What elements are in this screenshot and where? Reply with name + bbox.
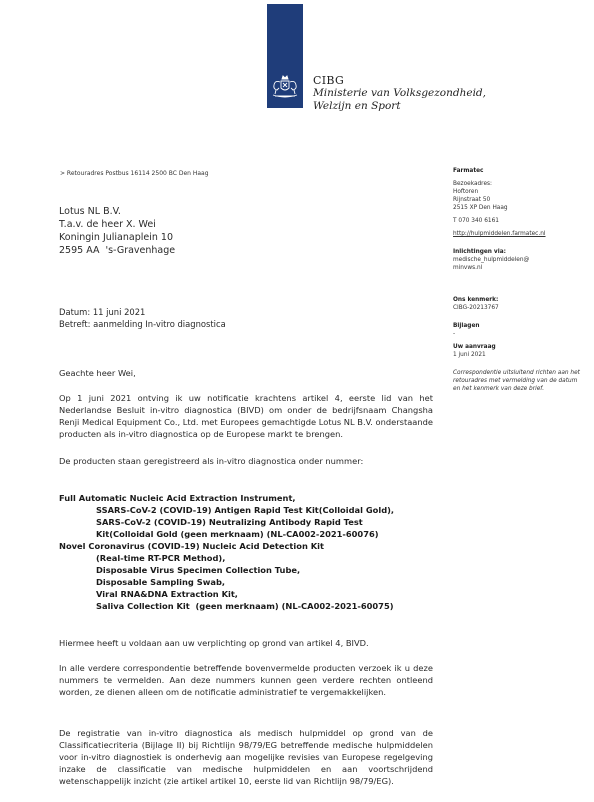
- reference-value: CIBG-20213767: [453, 304, 593, 312]
- request-label: Uw aanvraag: [453, 343, 593, 351]
- product-item: Full Automatic Nucleic Acid Extraction I…: [59, 492, 479, 504]
- product-item: SSARS-CoV-2 (COVID-19) Antigen Rapid Tes…: [59, 504, 479, 516]
- sender-sidebar: Farmatec Bezoekadres: Hoftoren Rijnstraa…: [453, 167, 593, 393]
- paragraph-classification: De registratie van in-vitro diagnostica …: [59, 727, 433, 787]
- info-label: Inlichtingen via:: [453, 248, 593, 256]
- paragraph-reference-numbers: In alle verdere correspondentie betreffe…: [59, 662, 433, 698]
- recipient-city: 2595 AA 's-Gravenhage: [59, 244, 175, 257]
- coat-of-arms-icon: [267, 74, 303, 104]
- visit-address-line: Rijnstraat 50: [453, 196, 593, 204]
- paragraph-registration-intro: De producten staan geregistreerd als in-…: [59, 455, 433, 467]
- salutation: Geachte heer Wei,: [59, 367, 433, 379]
- return-address: > Retouradres Postbus 16114 2500 BC Den …: [60, 170, 209, 177]
- request-value: 1 juni 2021: [453, 351, 593, 359]
- product-item: Saliva Collection Kit (geen merknaam) (N…: [59, 600, 479, 612]
- product-item: Viral RNA&DNA Extraction Kit,: [59, 588, 479, 600]
- attachments-label: Bijlagen: [453, 322, 593, 330]
- department-name: Farmatec: [453, 167, 593, 175]
- ministry-name-line-2: Welzijn en Sport: [313, 100, 486, 113]
- letter-subject: Betreft: aanmelding In-vitro diagnostica: [59, 318, 226, 330]
- ministry-logo-bar: [267, 4, 303, 108]
- website-link[interactable]: http://hulpmiddelen.farmatec.nl: [453, 231, 546, 237]
- recipient-company: Lotus NL B.V.: [59, 205, 175, 218]
- ministry-name-block: CIBG Ministerie van Volksgezondheid, Wel…: [313, 74, 486, 113]
- product-list: Full Automatic Nucleic Acid Extraction I…: [59, 492, 479, 612]
- recipient-street: Koningin Julianaplein 10: [59, 231, 175, 244]
- product-item: SARS-CoV-2 (COVID-19) Neutralizing Antib…: [59, 516, 479, 528]
- ministry-name-line-1: Ministerie van Volksgezondheid,: [313, 87, 486, 100]
- product-item: Disposable Sampling Swab,: [59, 576, 479, 588]
- product-item: Kit(Colloidal Gold (geen merknaam) (NL-C…: [59, 528, 479, 540]
- product-item: Disposable Virus Specimen Collection Tub…: [59, 564, 479, 576]
- attachments-value: -: [453, 330, 593, 338]
- visit-address-label: Bezoekadres:: [453, 180, 593, 188]
- visit-address-line: Hoftoren: [453, 188, 593, 196]
- letter-date: Datum: 11 juni 2021: [59, 306, 226, 318]
- product-item: (Real-time RT-PCR Method),: [59, 552, 479, 564]
- visit-address-line: 2515 XP Den Haag: [453, 204, 593, 212]
- letter-meta: Datum: 11 juni 2021 Betreft: aanmelding …: [59, 306, 226, 330]
- correspondence-note: Correspondentie uitsluitend richten aan …: [453, 369, 583, 393]
- info-email: medische_hulpmiddelen@: [453, 256, 593, 264]
- paragraph-notification: Op 1 juni 2021 ontving ik uw notificatie…: [59, 392, 433, 440]
- organization-name: CIBG: [313, 74, 486, 87]
- product-item: Novel Coronavirus (COVID-19) Nucleic Aci…: [59, 540, 479, 552]
- paragraph-compliance: Hiermee heeft u voldaan aan uw verplicht…: [59, 637, 433, 649]
- info-email-domain: minvws.nl: [453, 264, 593, 272]
- recipient-attention: T.a.v. de heer X. Wei: [59, 218, 175, 231]
- recipient-address: Lotus NL B.V. T.a.v. de heer X. Wei Koni…: [59, 205, 175, 257]
- reference-label: Ons kenmerk:: [453, 296, 593, 304]
- phone-number: T 070 340 6161: [453, 217, 593, 225]
